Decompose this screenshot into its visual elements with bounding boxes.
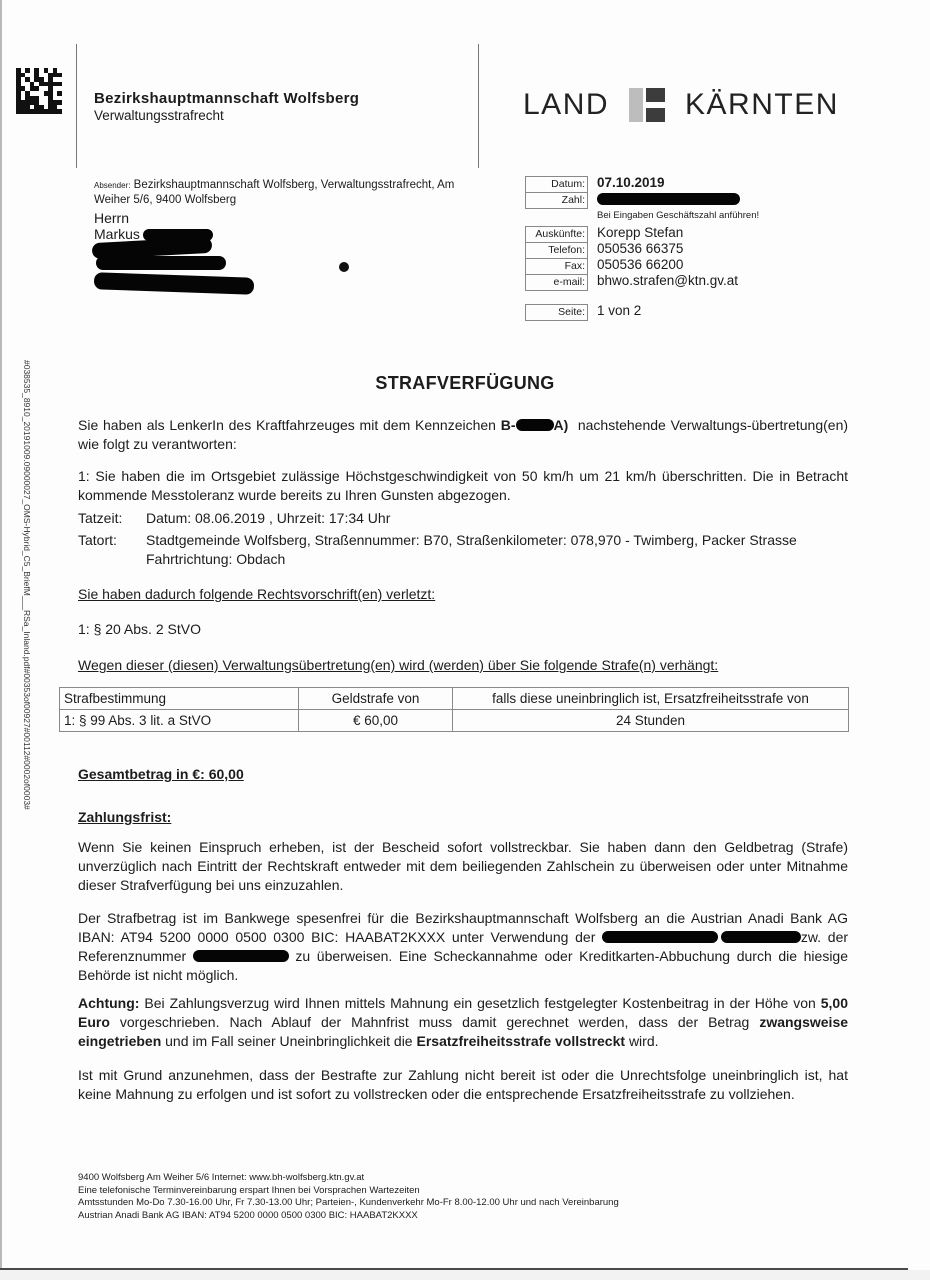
- warning-text-a: Bei Zahlungsverzug wird Ihnen mittels Ma…: [144, 995, 815, 1011]
- fax-label: Fax:: [525, 258, 588, 275]
- header-ersatzfreiheitsstrafe: falls diese uneinbringlich ist, Ersatzfr…: [453, 688, 849, 710]
- footer-line-2: Eine telefonische Terminvereinbarung ers…: [78, 1185, 619, 1198]
- seite-value: 1 von 2: [597, 303, 641, 319]
- recipient-name: Markus: [94, 226, 140, 242]
- organization-department: Verwaltungsstrafrecht: [94, 108, 224, 123]
- footer-line-3: Amtsstunden Mo-Do 7.30-16.00 Uhr, Fr 7.3…: [78, 1197, 619, 1210]
- tatzeit-value: Datum: 08.06.2019 , Uhrzeit: 17:34 Uhr: [146, 510, 390, 526]
- penalty-heading: Wegen dieser (diesen) Verwaltungsübertre…: [78, 656, 848, 675]
- scan-dot: [339, 262, 349, 272]
- tatort-label: Tatort:: [78, 531, 146, 569]
- header-geldstrafe: Geldstrafe von: [299, 688, 453, 710]
- payment-paragraph-1: Wenn Sie keinen Einspruch erheben, ist d…: [78, 838, 848, 895]
- offence-description: 1: Sie haben die im Ortsgebiet zulässige…: [78, 467, 848, 505]
- footer-line-1: 9400 Wolfsberg Am Weiher 5/6 Internet: w…: [78, 1172, 619, 1185]
- warning-text-b: vorgeschrieben. Nach Ablauf der Mahnfris…: [120, 1014, 749, 1030]
- tatzeit-label: Tatzeit:: [78, 509, 146, 528]
- footer-line-4: Austrian Anadi Bank AG IBAN: AT94 5200 0…: [78, 1210, 619, 1223]
- penalty-table: Strafbestimmung Geldstrafe von falls die…: [59, 687, 849, 732]
- telefon-value: 050536 66375: [597, 241, 683, 257]
- tatzeit-row: Tatzeit:Datum: 08.06.2019 , Uhrzeit: 17:…: [78, 509, 848, 528]
- redaction-plate: [516, 419, 554, 431]
- redaction-referenznummer: [193, 950, 289, 962]
- warning-paragraph: Achtung: Bei Zahlungsverzug wird Ihnen m…: [78, 994, 848, 1051]
- tatort-row: Tatort:Stadtgemeinde Wolfsberg, Straßenn…: [78, 531, 848, 569]
- auskuenfte-label: Auskünfte:: [525, 226, 588, 243]
- table-row: 1: § 99 Abs. 3 lit. a StVO € 60,00 24 St…: [60, 710, 849, 732]
- footer: 9400 Wolfsberg Am Weiher 5/6 Internet: w…: [78, 1172, 619, 1222]
- warning-text-c: und im Fall seiner Uneinbringlichkeit di…: [165, 1033, 412, 1049]
- redaction-zahl: [597, 193, 740, 205]
- datamatrix-code-icon: [16, 68, 62, 114]
- side-print-code-text: #038535_8910_20191009.09000027_OMS-Hybri…: [22, 360, 32, 850]
- payment-paragraph-2: Der Strafbetrag ist im Bankwege spesenfr…: [78, 909, 848, 985]
- violated-heading: Sie haben dadurch folgende Rechtsvorschr…: [78, 585, 848, 604]
- redaction-verwendung-2: [721, 931, 801, 943]
- tatort-value: Stadtgemeinde Wolfsberg, Straßennummer: …: [146, 531, 848, 569]
- document-title: STRAFVERFÜGUNG: [0, 373, 930, 394]
- logo-mark-icon: [629, 88, 665, 122]
- header-strafbestimmung: Strafbestimmung: [60, 688, 299, 710]
- seite-label: Seite:: [525, 304, 588, 321]
- geschaeftszahl-note: Bei Eingaben Geschäftszahl anführen!: [597, 210, 759, 221]
- page-edge-bottom: [0, 1268, 908, 1270]
- telefon-label: Telefon:: [525, 242, 588, 259]
- cell-geldstrafe: € 60,00: [299, 710, 453, 732]
- cell-ersatzfreiheitsstrafe: 24 Stunden: [453, 710, 849, 732]
- violated-item: 1: § 20 Abs. 2 StVO: [78, 620, 848, 639]
- payment-heading: Zahlungsfrist:: [78, 808, 848, 827]
- email-value: bhwo.strafen@ktn.gv.at: [597, 273, 738, 289]
- land-kaernten-logo: LAND KÄRNTEN: [523, 88, 839, 122]
- logo-word-kaernten: KÄRNTEN: [685, 88, 839, 122]
- plate-suffix: A): [554, 417, 569, 433]
- sender-address: Bezirkshauptmannschaft Wolfsberg, Verwal…: [94, 179, 454, 206]
- penalty-table-header: Strafbestimmung Geldstrafe von falls die…: [60, 688, 849, 710]
- datum-label: Datum:: [525, 176, 588, 193]
- organization-name: Bezirkshauptmannschaft Wolfsberg: [94, 90, 359, 107]
- recipient-address: Herrn Markus: [94, 210, 140, 242]
- warning-bold-2: Ersatzfreiheitsstrafe vollstreckt: [417, 1033, 626, 1049]
- intro-text-1: Sie haben als LenkerIn des Kraftfahrzeug…: [78, 417, 496, 433]
- warning-text-d: wird.: [629, 1033, 659, 1049]
- email-label: e-mail:: [525, 274, 588, 291]
- total-amount: Gesamtbetrag in €: 60,00: [78, 765, 848, 784]
- logo-word-land: LAND: [523, 88, 609, 122]
- plate-prefix: B-: [501, 417, 516, 433]
- page-edge-left: [0, 0, 2, 1280]
- header-divider-middle: [478, 44, 479, 168]
- header-divider-left: [76, 44, 77, 168]
- intro-paragraph: Sie haben als LenkerIn des Kraftfahrzeug…: [78, 416, 848, 454]
- cell-strafbestimmung: 1: § 99 Abs. 3 lit. a StVO: [60, 710, 299, 732]
- datum-value: 07.10.2019: [597, 175, 665, 191]
- recipient-salutation: Herrn: [94, 210, 140, 226]
- final-paragraph: Ist mit Grund anzunehmen, dass der Bestr…: [78, 1066, 848, 1104]
- fax-value: 050536 66200: [597, 257, 683, 273]
- page-background-strip: [0, 1270, 930, 1280]
- auskuenfte-value: Korepp Stefan: [597, 225, 683, 241]
- zahl-label: Zahl:: [525, 192, 588, 209]
- redaction-verwendung: [602, 931, 718, 943]
- redaction-address-2: [96, 256, 226, 270]
- side-print-code: #038535_8910_20191009.09000027_OMS-Hybri…: [22, 360, 32, 850]
- warning-label: Achtung:: [78, 995, 139, 1011]
- redaction-address-3: [94, 272, 254, 295]
- sender-label: Absender:: [94, 181, 130, 190]
- sender-line: Absender: Bezirkshauptmannschaft Wolfsbe…: [94, 178, 474, 208]
